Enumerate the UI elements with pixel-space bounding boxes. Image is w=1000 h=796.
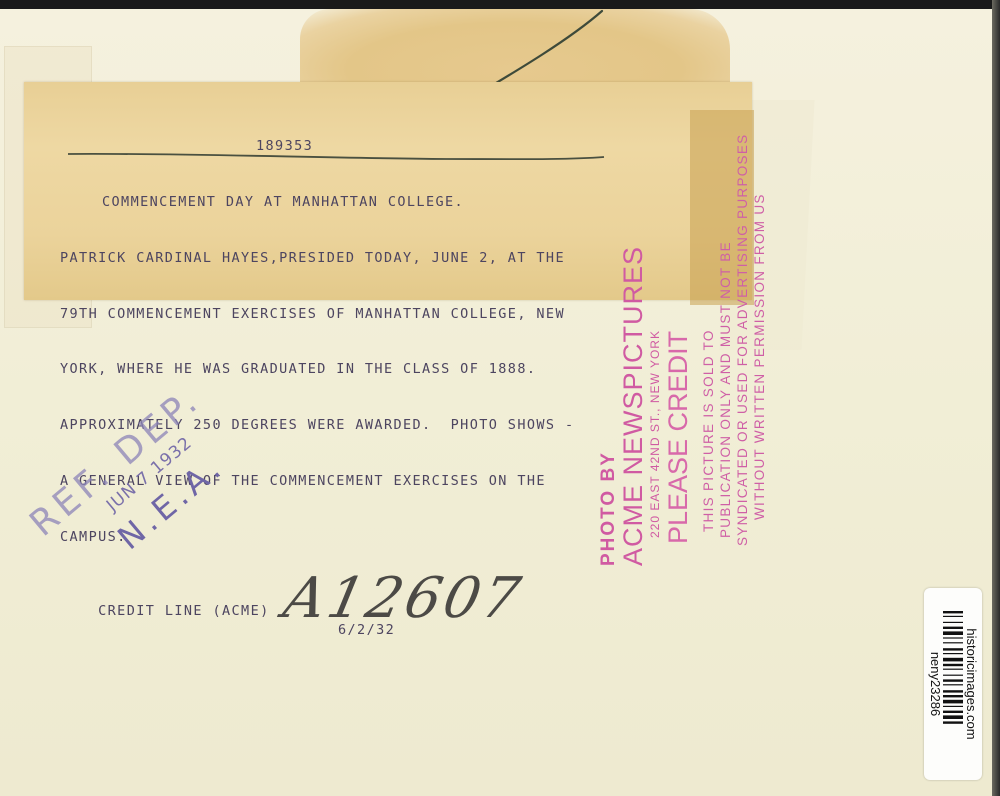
barcode-icon <box>943 609 963 759</box>
ref-stamp-title: REF. DEP. <box>22 379 208 544</box>
handwritten-reference-number: A12607 <box>278 566 528 631</box>
acme-stamp-line: PUBLICATION ONLY AND MUST NOT BE <box>718 326 735 566</box>
caption-credit-line: CREDIT LINE (ACME) <box>98 603 270 619</box>
acme-stamp-line: PHOTO BY <box>598 326 620 566</box>
acme-credit-stamp: PHOTO BY ACME NEWSPICTURES 220 EAST 42ND… <box>598 326 808 566</box>
acme-stamp-line: THIS PICTURE IS SOLD TO <box>701 326 718 566</box>
acme-stamp-line: ACME NEWSPICTURES <box>618 326 644 566</box>
caption-headline: COMMENCEMENT DAY AT MANHATTAN COLLEGE. <box>60 193 700 212</box>
pen-underline-icon <box>66 150 606 162</box>
barcode-id: neny23286 <box>928 652 942 716</box>
acme-stamp-line: 220 EAST 42ND ST., NEW YORK <box>648 326 663 566</box>
barcode-site: historicimages.com <box>964 628 978 739</box>
acme-stamp-line: PLEASE CREDIT <box>663 326 695 566</box>
acme-stamp-line: WITHOUT WRITTEN PERMISSION FROM US <box>752 326 769 566</box>
caption-body-line: PATRICK CARDINAL HAYES,PRESIDED TODAY, J… <box>60 249 700 268</box>
barcode-label: historicimages.com neny23286 <box>924 588 982 780</box>
acme-stamp-line: SYNDICATED OR USED FOR ADVERTISING PURPO… <box>735 326 752 566</box>
scan-edge <box>992 0 1000 796</box>
